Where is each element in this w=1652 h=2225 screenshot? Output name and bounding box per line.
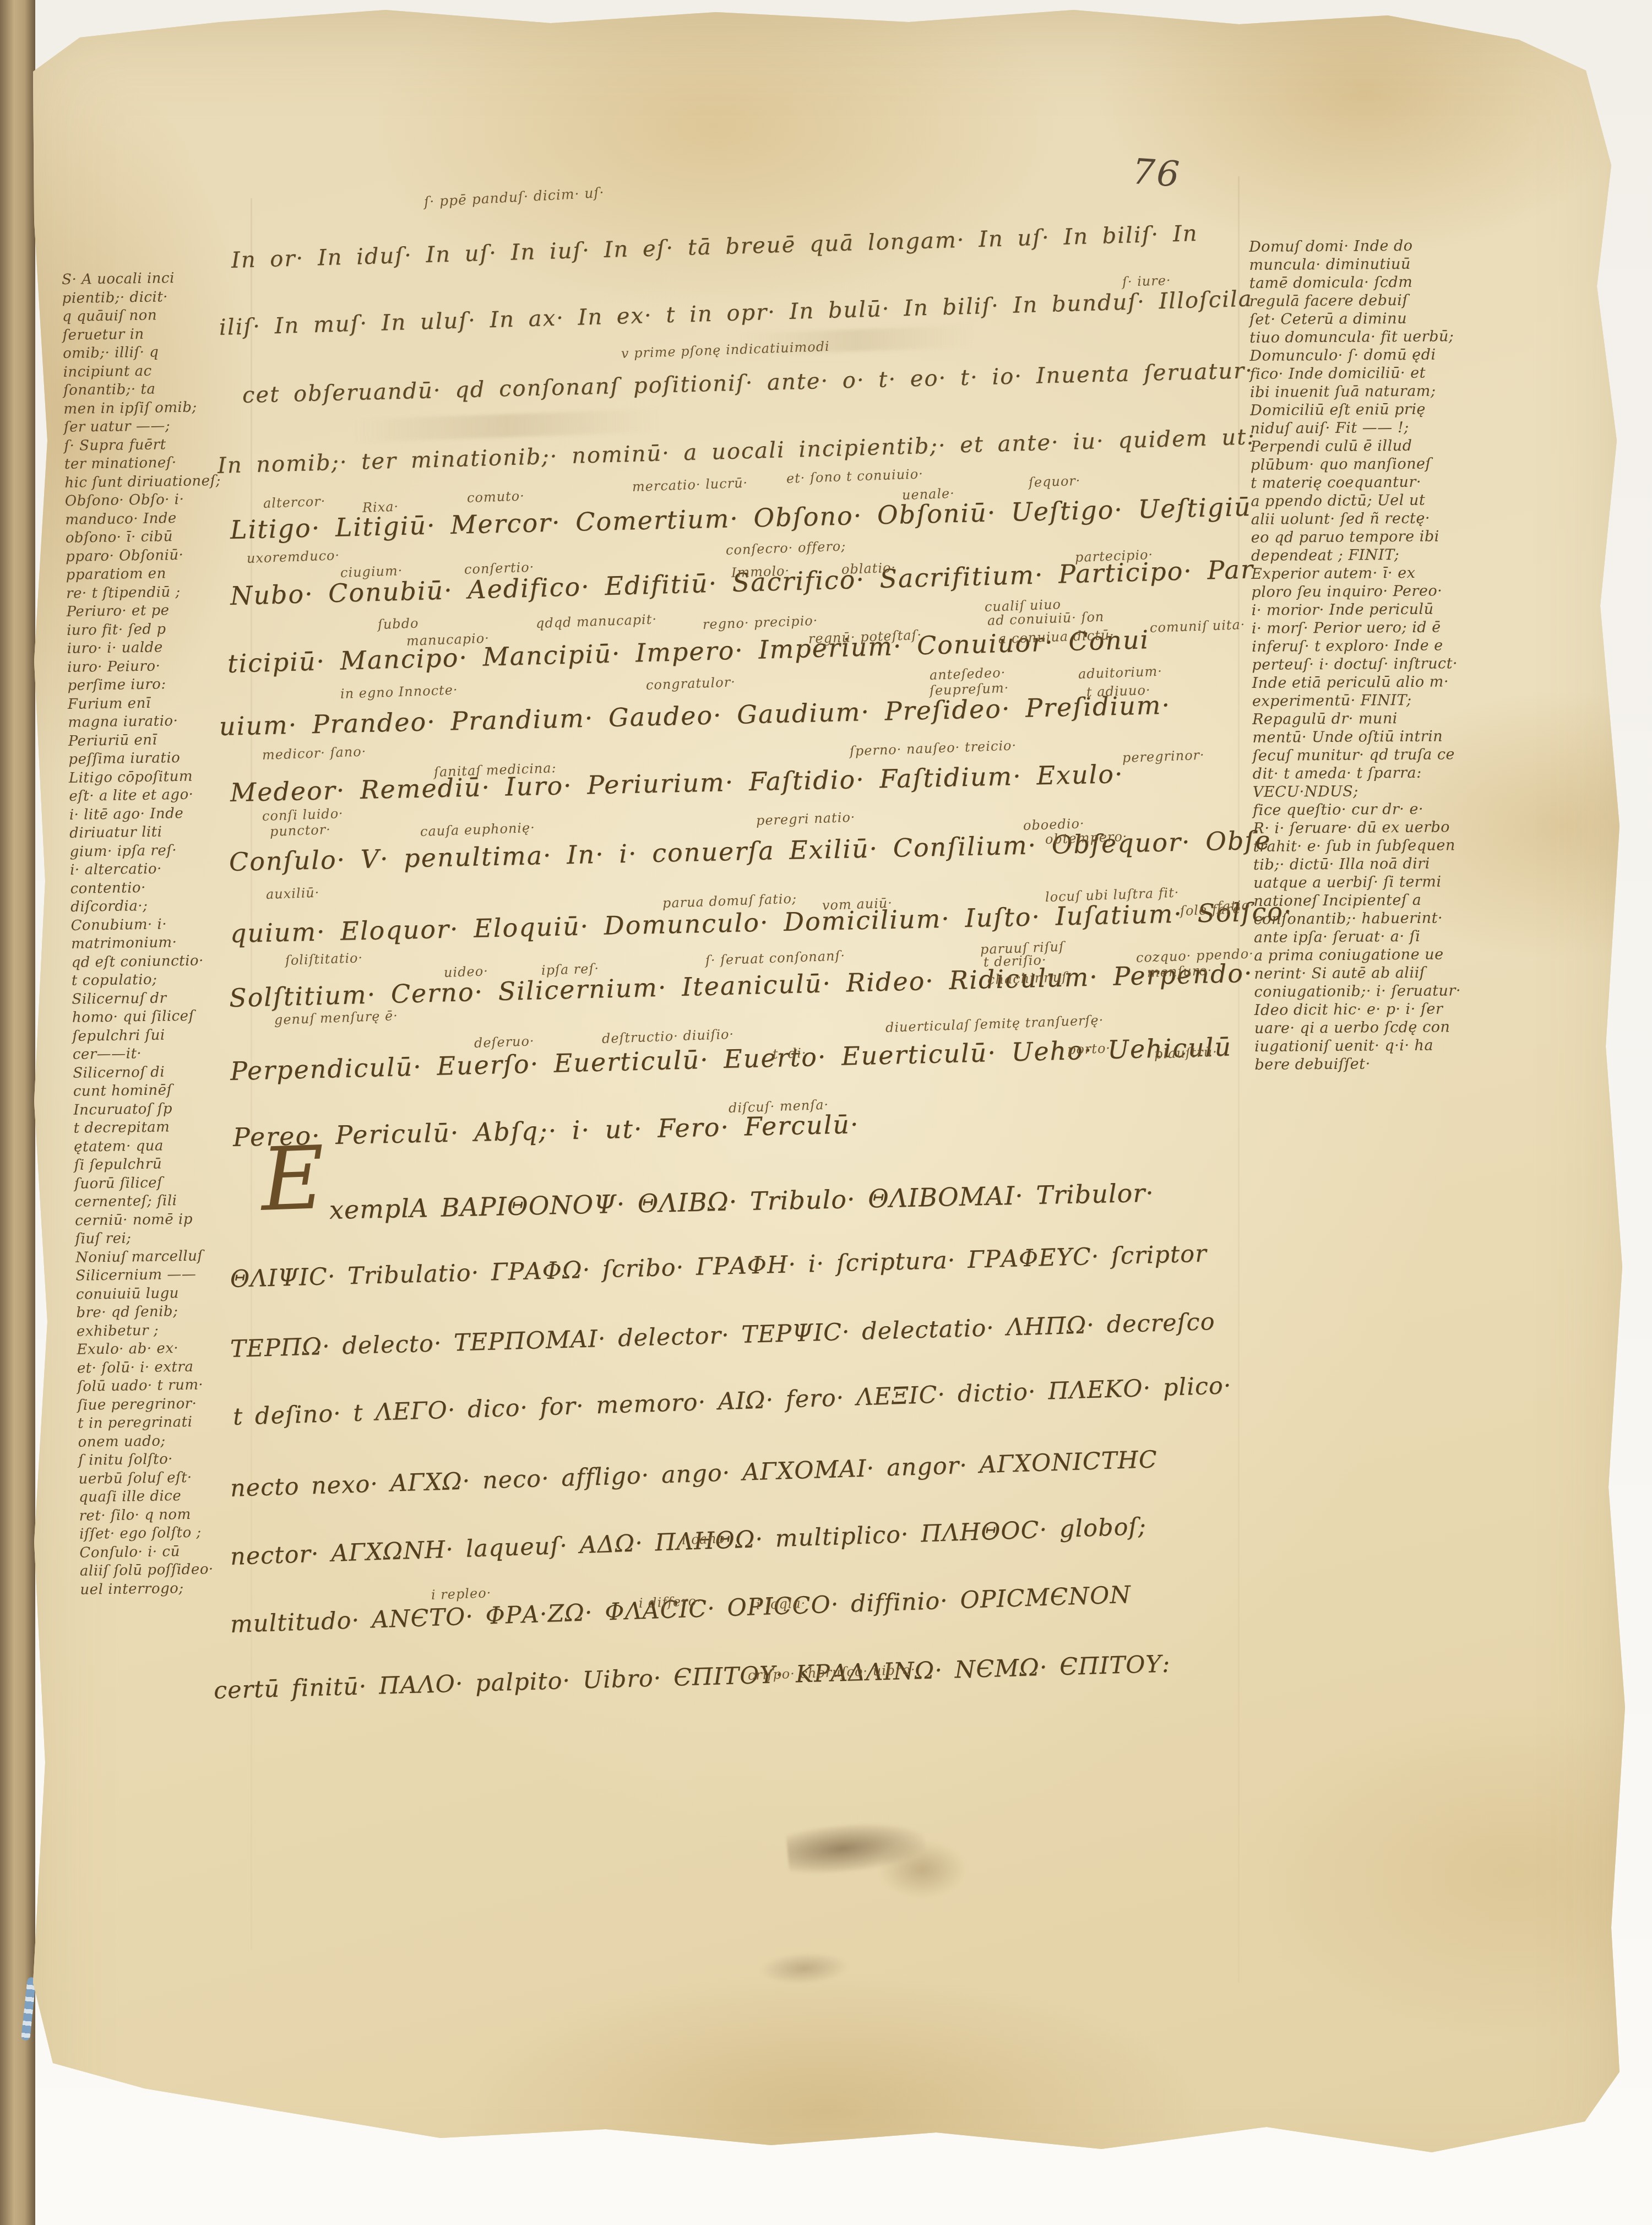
interlinear-gloss: plauſtrū·: [1154, 1044, 1218, 1062]
main-text-line: Medeor· Remediū· Iuro· Periurium· Faſtid…: [230, 759, 1124, 807]
ink-showthrough: [737, 325, 975, 356]
interlinear-gloss: t· di·: [773, 1045, 807, 1062]
interlinear-gloss: congratulor·: [646, 674, 736, 693]
interlinear-gloss: ipſa reſ·: [541, 960, 600, 978]
manuscript-photo: 76 ſ· ppē panduſ· dicim· uſ· In or· In i…: [0, 0, 1652, 2225]
main-text-line: multitudo· ΑΝЄΤΟ· ΦΡΑ·ΖΩ· ΦΛΑCΙC· ΟΡΙCCΟ…: [230, 1581, 1131, 1638]
main-text-line: cet obſeruandū· qd conſonanſ poſitioniſ·…: [242, 358, 1253, 408]
interlinear-gloss: chachinnuſ·: [987, 969, 1073, 987]
interlinear-gloss: cauſa euphonię·: [420, 820, 536, 839]
main-text-line: xemplA ΒΑΡΙΘΟΝΟΨ· ΘΛΙΒΩ· Tribulo· ΘΛΙΒΟΜ…: [329, 1178, 1154, 1225]
folio-number: 76: [1131, 151, 1183, 196]
main-text-line: certū finitū· ΠΑΛΟ· palpito· Uibro· ЄΠΙΤ…: [213, 1650, 1171, 1705]
interlinear-gloss: vom auiū·: [822, 896, 893, 913]
interlinear-gloss: ſperno· nauſeo· treicio·: [850, 737, 1017, 759]
interlinear-gloss: obtempero·: [1045, 829, 1128, 847]
interlinear-gloss: oblatio·: [841, 560, 896, 577]
interlinear-gloss: diuerticulaſ ſemitę tranſuerſę·: [885, 1012, 1104, 1035]
interlinear-gloss: porto·: [1067, 1040, 1111, 1057]
interlinear-gloss: deſeruo·: [474, 1033, 535, 1051]
interlinear-gloss: i differo·: [639, 1593, 702, 1611]
interlinear-gloss: uenale·: [902, 486, 955, 503]
ink-smudge: [758, 1950, 851, 1987]
interlinear-gloss: ſ· iure·: [1122, 273, 1172, 290]
interlinear-gloss: conſertio·: [464, 560, 535, 577]
interlinear-gloss: punctor·: [270, 822, 332, 839]
interlinear-gloss: altercor·: [263, 493, 326, 511]
interlinear-gloss: comuto·: [467, 488, 525, 506]
page-content: 76 ſ· ppē panduſ· dicim· uſ· In or· In i…: [0, 0, 1652, 2225]
interlinear-gloss: i loqla·: [756, 1596, 806, 1613]
interlinear-gloss: t adiuuo·: [1086, 682, 1151, 700]
left-margin-gloss-column: S· A uocali inci pientib;· dicit· q quāu…: [62, 268, 284, 1599]
right-margin-gloss-column: Domuſ domi· Inde do muncula· diminutiuū …: [1249, 236, 1574, 1074]
interlinear-gloss: ſeupreſum·: [930, 680, 1009, 698]
interlinear-gloss: ſoliſtitatio·: [285, 950, 363, 968]
interlinear-gloss: menſuro·: [1147, 963, 1213, 980]
header-interlinear-gloss: ſ· ppē panduſ· dicim· uſ·: [423, 184, 605, 210]
main-text-line: ΤΕΡΠΩ· delecto· ΤΕΡΠΟΜΑΙ· delector· ΤΕΡΨ…: [230, 1308, 1215, 1363]
interlinear-gloss: manucapio·: [406, 631, 490, 649]
interlinear-gloss: ciugium·: [340, 563, 403, 580]
interlinear-gloss: conſi luido·: [262, 806, 344, 824]
interlinear-gloss: uideo·: [444, 963, 489, 980]
interlinear-gloss: fatio·: [1217, 898, 1256, 914]
main-text-line: necto nexo· ΑΓΧΩ· neco· affligo· ango· Α…: [230, 1446, 1158, 1502]
interlinear-gloss: qdqd manucapit·: [536, 611, 657, 631]
interlinear-gloss: ſubdo: [378, 615, 419, 632]
main-text-line: Pereo· Periculū· Abſq;· i· ut· Fero· Fer…: [232, 1109, 860, 1152]
interlinear-gloss: ad conuiuiū· ſon: [987, 609, 1105, 628]
interlinear-gloss: aduitorium·: [1078, 664, 1163, 682]
interlinear-gloss: peregri natio·: [756, 810, 856, 828]
interlinear-gloss: comuniſ uita·: [1150, 617, 1246, 636]
interlinear-gloss: medicor· ſano·: [262, 744, 367, 763]
main-text-line: In or· In iduſ· In uſ· In iuſ· In eſ· tā…: [231, 221, 1198, 273]
main-text-line: iliſ· In muſ· In uluſ· In ax· In ex· t i…: [219, 286, 1253, 340]
interlinear-gloss: mercatio· lucrū·: [632, 475, 748, 495]
main-text-line: t deſino· t ΛΕΓΟ· dico· for· memoro· ΑΙΩ…: [232, 1372, 1232, 1431]
interlinear-gloss: partecipio·: [1075, 547, 1154, 565]
interlinear-gloss: peregrinor·: [1122, 747, 1205, 766]
interlinear-gloss: deſtructio· diuiſio·: [602, 1027, 735, 1046]
main-text-line: ΘΛΙΨΙC· Tribulatio· ΓΡΑΦΩ· ſcribo· ΓΡΑΦΗ…: [230, 1240, 1207, 1293]
interlinear-gloss: Immolo·: [731, 563, 790, 580]
interlinear-gloss: et· ſono t conuiuio·: [786, 466, 924, 486]
ink-showthrough: [352, 409, 661, 443]
interlinear-gloss: regno· precipio·: [703, 613, 818, 632]
interlinear-gloss: in egno Innocte·: [340, 682, 458, 702]
interlinear-gloss: Rixa·: [362, 499, 399, 515]
interlinear-gloss: i repleo·: [431, 1585, 492, 1603]
interlinear-gloss: t deriſio·: [983, 952, 1047, 970]
ink-smudge: [878, 1841, 966, 1898]
interlinear-gloss: ſequor·: [1029, 473, 1081, 490]
interlinear-gloss: i cano·: [682, 1531, 731, 1548]
interlinear-gloss: conſecro· offero;: [726, 538, 846, 558]
interlinear-gloss: ſ· ſeruat conſonanſ·: [705, 948, 846, 968]
